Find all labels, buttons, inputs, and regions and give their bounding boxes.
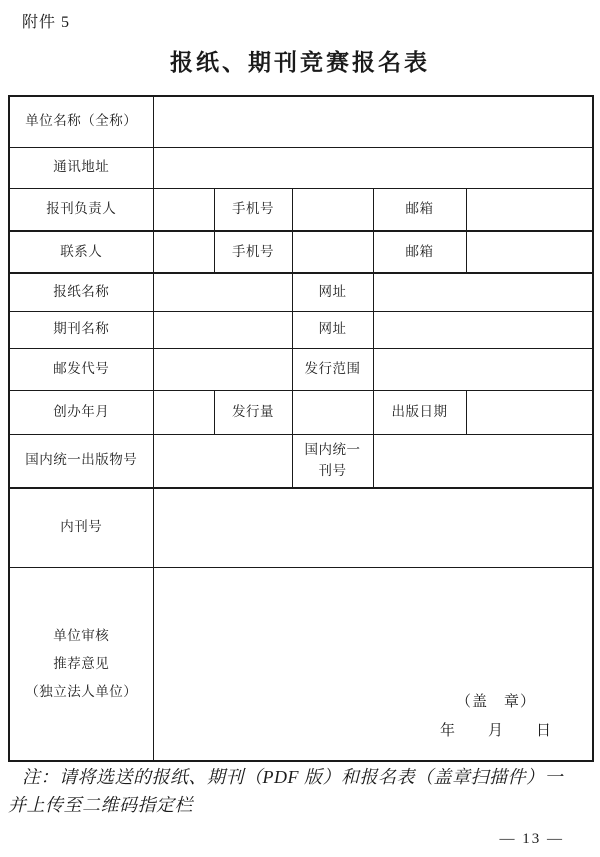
internal-number-field — [153, 488, 593, 567]
newspaper-name-field — [153, 273, 292, 311]
row-newspaper-name: 报纸名称 网址 — [9, 273, 593, 311]
contact-mobile-label: 手机号 — [214, 231, 292, 273]
postal-code-field — [153, 348, 292, 390]
periodical-name-field — [153, 311, 292, 348]
press-head-email-field — [466, 188, 593, 231]
contact-email-field — [466, 231, 593, 273]
page-number: — 13 — — [500, 831, 565, 848]
page-title: 报纸、期刊竞赛报名表 — [0, 44, 600, 77]
address-field — [153, 147, 593, 188]
contact-email-label: 邮箱 — [373, 231, 466, 273]
distribution-scope-label: 发行范围 — [292, 348, 373, 390]
newspaper-website-label: 网址 — [292, 273, 373, 311]
cn-serial-number-label: 国内统一 刊号 — [292, 434, 373, 488]
stamp-and-date-block: （盖 章） 年 月 日 — [440, 688, 552, 746]
unit-name-field — [153, 96, 593, 147]
cn-serial-number-field — [373, 434, 593, 488]
press-head-label: 报刊负责人 — [9, 188, 153, 231]
publish-date-field — [466, 390, 593, 434]
date-label: 年 月 日 — [440, 717, 552, 746]
unit-name-label: 单位名称（全称） — [9, 96, 153, 147]
row-internal-number: 内刊号 — [9, 488, 593, 567]
review-opinion-label-line2: 推荐意见 — [12, 650, 151, 678]
founding-date-label: 创办年月 — [9, 390, 153, 434]
attachment-label: 附件 5 — [22, 9, 70, 32]
stamp-label: （盖 章） — [440, 688, 552, 717]
contact-person-label: 联系人 — [9, 231, 153, 273]
internal-number-label: 内刊号 — [9, 488, 153, 567]
address-label: 通讯地址 — [9, 147, 153, 188]
footnote-line2: 并上传至二维码指定栏 — [8, 791, 594, 819]
cn-serial-number-label-line2: 刊号 — [295, 461, 371, 482]
publish-date-label: 出版日期 — [373, 390, 466, 434]
row-contact-person: 联系人 手机号 邮箱 — [9, 231, 593, 273]
review-opinion-label-line3: （独立法人单位） — [12, 678, 151, 706]
periodical-name-label: 期刊名称 — [9, 311, 153, 348]
periodical-website-field — [373, 311, 593, 348]
press-head-mobile-label: 手机号 — [214, 188, 292, 231]
registration-form-table: 单位名称（全称） 通讯地址 报刊负责人 手机号 邮箱 联系人 手机号 邮箱 — [8, 95, 594, 762]
cn-publication-number-field — [153, 434, 292, 488]
contact-person-field — [153, 231, 214, 273]
newspaper-website-field — [373, 273, 593, 311]
contact-mobile-field — [292, 231, 373, 273]
row-press-head: 报刊负责人 手机号 邮箱 — [9, 188, 593, 231]
cn-publication-number-label: 国内统一出版物号 — [9, 434, 153, 488]
row-periodical-name: 期刊名称 网址 — [9, 311, 593, 348]
row-cn-publication-number: 国内统一出版物号 国内统一 刊号 — [9, 434, 593, 488]
row-unit-name: 单位名称（全称） — [9, 96, 593, 147]
periodical-website-label: 网址 — [292, 311, 373, 348]
review-opinion-field: （盖 章） 年 月 日 — [153, 567, 593, 761]
review-opinion-label: 单位审核 推荐意见 （独立法人单位） — [9, 567, 153, 761]
newspaper-name-label: 报纸名称 — [9, 273, 153, 311]
row-address: 通讯地址 — [9, 147, 593, 188]
distribution-scope-field — [373, 348, 593, 390]
footnote: 注：请将选送的报纸、期刊（PDF 版）和报名表（盖章扫描件）一 并上传至二维码指… — [8, 763, 594, 819]
row-founding-date: 创办年月 发行量 出版日期 — [9, 390, 593, 434]
review-opinion-label-line1: 单位审核 — [12, 622, 151, 650]
cn-serial-number-label-line1: 国内统一 — [295, 440, 371, 461]
document-page: 附件 5 报纸、期刊竞赛报名表 单位名称（全称） 通讯地址 报刊负责人 手机号 … — [0, 0, 600, 857]
row-review-opinion: 单位审核 推荐意见 （独立法人单位） （盖 章） 年 月 日 — [9, 567, 593, 761]
press-head-mobile-field — [292, 188, 373, 231]
footnote-line1: 注：请将选送的报纸、期刊（PDF 版）和报名表（盖章扫描件）一 — [22, 763, 594, 791]
press-head-field — [153, 188, 214, 231]
row-postal-code: 邮发代号 发行范围 — [9, 348, 593, 390]
founding-date-field — [153, 390, 214, 434]
press-head-email-label: 邮箱 — [373, 188, 466, 231]
circulation-label: 发行量 — [214, 390, 292, 434]
circulation-field — [292, 390, 373, 434]
postal-code-label: 邮发代号 — [9, 348, 153, 390]
